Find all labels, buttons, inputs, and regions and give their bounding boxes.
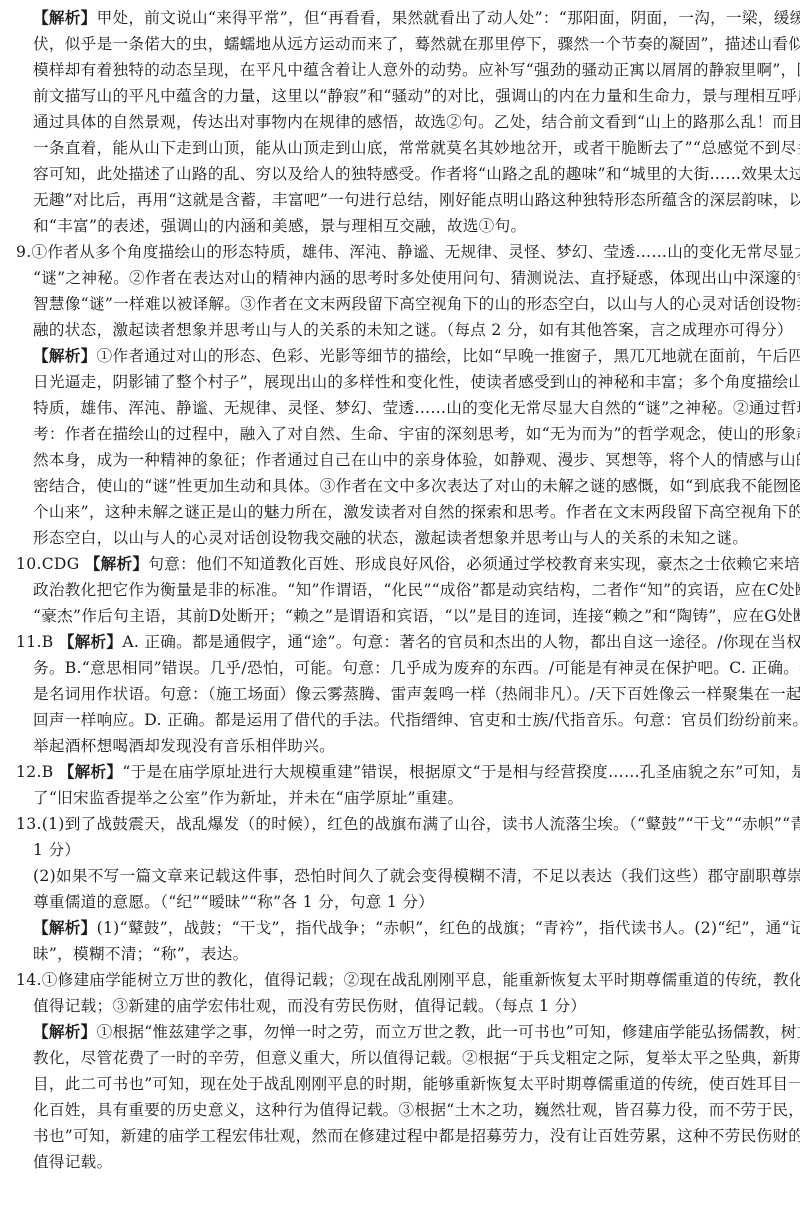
jiexi-8-line-3: 模样却有着独特的动态呈现，在平凡中蕴含着让人意外的动势。应补写“强劲的骚动正寓以… [33, 60, 785, 80]
q14-jiexi-line-6: 值得记载。 [33, 1152, 785, 1172]
answer-choice: B [42, 763, 54, 781]
jiexi-tag: 【解析】 [85, 555, 149, 573]
q10-line-1: 10.CDG 【解析】句意：他们不知道教化百姓、形成良好风俗，必须通过学校教育来… [16, 554, 785, 574]
jiexi-8-line-8: 无趣”对比后，再用“这就是含蓄，丰富吧”一句进行总结，刚好能点明山路这种独特形态… [33, 190, 785, 210]
jiexi-tag: 【解析】 [33, 9, 97, 27]
answer-choice: CDG [42, 555, 80, 573]
q14-answer-line-1: 14.①修建庙学能树立万世的教化，值得记载；②现在战乱刚刚平息，能重新恢复太平时… [16, 970, 785, 990]
jiexi-8-line-5: 通过具体的自然景观，传达出对事物内在规律的感悟，故选②句。乙处，结合前文看到“山… [33, 112, 785, 132]
jiexi-8-line-4: 前文描写山的平凡中蕴含的力量，这里以“静寂”和“骚动”的对比，强调山的内在力量和… [33, 86, 785, 106]
jiexi-8-line-6: 一条直着，能从山下走到山顶，能从山顶走到山底，常常就莫名其妙地岔开，或者干脆断去… [33, 138, 785, 158]
q14-jiexi-line-1: 【解析】①根据“惟兹建学之事，勿惮一时之劳，而立万世之教，此一可书也”可知，修建… [33, 1022, 785, 1042]
q9-answer-line-2: “谜”之神秘。②作者在表达对山的精神内涵的思考时多处使用问句、猜测说法、直抒疑惑… [33, 268, 785, 288]
q14-jiexi-line-4: 化百姓，具有重要的历史意义，这种行为值得记载。③根据“土木之功，巍然壮观，皆召募… [33, 1100, 785, 1120]
q9-jiexi-line-3: 特质，雄伟、浑沌、静谧、无规律、灵怪、梦幻、莹透……山的变化无常尽显大自然的“谜… [33, 398, 785, 418]
q9-jiexi-line-1: 【解析】①作者通过对山的形态、色彩、光影等细节的描绘，比如“早晚一推窗子，黑兀兀… [33, 346, 785, 366]
q9-jiexi-line-4: 考：作者在描绘山的过程中，融入了对自然、生命、宇宙的深刻思考，如“无为而为”的哲… [33, 424, 785, 444]
q13-answer-line-1: 13.(1)到了战鼓震天，战乱爆发（的时候），红色的战旗布满了山谷，读书人流落尘… [16, 814, 785, 834]
q9-jiexi-line-5: 然本身，成为一种精神的象征；作者通过自己在山中的亲身体验，如静观、漫步、冥想等，… [33, 450, 785, 470]
question-number: 10. [16, 555, 42, 573]
q9-jiexi-line-8: 形态空白，以山与人的心灵对话创设物我交融的状态，激起读者想象并思考山与人的关系的… [33, 528, 785, 548]
answer-choice: B [42, 633, 54, 651]
q12-line-2: 了“旧宋监香提举之公室”作为新址，并未在“庙学原址”重建。 [33, 788, 785, 808]
q13-jiexi-line-1: 【解析】(1)“鼙鼓”，战鼓；“干戈”，指代战争；“赤帜”，红色的战旗；“青衿”… [33, 918, 785, 938]
jiexi-8-line-9: 和“丰富”的表述，强调山的内涵和美感，景与理相互交融，故选①句。 [33, 216, 785, 236]
jiexi-8-line-7: 容可知，此处描述了山路的乱、穷以及给人的独特感受。作者将“山路之乱的趣味”和“城… [33, 164, 785, 184]
jiexi-tag: 【解析】 [33, 1023, 97, 1041]
q10-line-2: 政治教化把它作为衡量是非的标准。“知”作谓语，“化民”“成俗”都是动宾结构，二者… [33, 580, 785, 600]
q14-jiexi-line-3: 目，此二可书也”可知，现在处于战乱刚刚平息的时期，能够重新恢复太平时期尊儒重道的… [33, 1074, 785, 1094]
jiexi-tag: 【解析】 [59, 633, 123, 651]
q10-line-3: “豪杰”作后句主语，其前D处断开；“赖之”是谓语和宾语，“以”是目的连词，连接“… [33, 606, 785, 626]
jiexi-8-line-1: 【解析】甲处，前文说山“来得平常”，但“再看看，果然就看出了动人处”：“那阳面，… [33, 8, 785, 28]
q9-jiexi-line-7: 个山来”，这种未解之谜正是山的魅力所在，激发读者对自然的探索和思考。作者在文末两… [33, 502, 785, 522]
jiexi-tag: 【解析】 [33, 919, 97, 937]
q9-jiexi-line-2: 日光逼走，阴影铺了整个村子”，展现出山的多样性和变化性，使读者感受到山的神秘和丰… [33, 372, 785, 392]
q12-line-1: 12.B 【解析】“于是在庙学原址进行大规模重建”错误，根据原文“于是相与经营揆… [16, 762, 785, 782]
q11-line-5: 举起酒杯想喝酒却发现没有音乐相伴助兴。 [33, 736, 785, 756]
q9-answer-line-3: 智慧像“谜”一样难以被译解。③作者在文末两段留下高空视角下的山的形态空白，以山与… [33, 294, 785, 314]
question-number: 12. [16, 763, 42, 781]
q11-line-2: 务。B.“意思相同”错误。几乎/恐怕，可能。句意：几乎成为废弃的东西。/可能是有… [33, 658, 785, 678]
q13-answer-line-4: 尊重儒道的意愿。（“纪”“暧昧”“称”各 1 分，句意 1 分） [33, 892, 785, 912]
q9-jiexi-line-6: 密结合，使山的“谜”性更加生动和具体。③作者在文中多次表达了对山的未解之谜的感慨… [33, 476, 785, 496]
q9-answer-line-4: 融的状态，激起读者想象并思考山与人的关系的未知之谜。（每点 2 分，如有其他答案… [33, 320, 785, 340]
q14-answer-line-2: 值得记载；③新建的庙学宏伟壮观，而没有劳民伤财，值得记载。（每点 1 分） [33, 996, 785, 1016]
question-number: 13. [16, 815, 42, 833]
q13-answer-line-3: (2)如果不写一篇文章来记载这件事，恐怕时间久了就会变得模糊不清，不足以表达（我… [33, 866, 785, 886]
q9-answer-line-1: 9.①作者从多个角度描绘山的形态特质，雄伟、浑沌、静谧、无规律、灵怪、梦幻、莹透… [16, 242, 785, 262]
q13-answer-line-2: 1 分） [33, 840, 785, 860]
question-number: 9. [16, 243, 31, 261]
q11-line-3: 是名词用作状语。句意：（施工场面）像云雾蒸腾、雷声轰鸣一样（热闹非凡）。/天下百… [33, 684, 785, 704]
jiexi-tag: 【解析】 [33, 347, 97, 365]
q13-jiexi-line-2: 昧”，模糊不清；“称”，表达。 [33, 944, 785, 964]
q14-jiexi-line-2: 教化，尽管花费了一时的辛劳，但意义重大，所以值得记载。②根据“于兵戈粗定之际，复… [33, 1048, 785, 1068]
jiexi-8-line-2: 伏，似乎是一条偌大的虫，蠕蠕地从远方运动而来了，蓦然就在那里停下，骤然一个节奏的… [33, 34, 785, 54]
question-number: 11. [16, 633, 42, 651]
question-number: 14. [16, 971, 42, 989]
q11-line-4: 回声一样响应。D. 正确。都是运用了借代的手法。代指缙绅、官吏和士族/代指音乐。… [33, 710, 785, 730]
jiexi-tag: 【解析】 [59, 763, 123, 781]
q11-line-1: 11.B 【解析】A. 正确。都是通假字，通“途”。句意：著名的官员和杰出的人物… [16, 632, 785, 652]
q14-jiexi-line-5: 书也”可知，新建的庙学工程宏伟壮观，然而在修建过程中都是招募劳力，没有让百姓劳累… [33, 1126, 785, 1146]
